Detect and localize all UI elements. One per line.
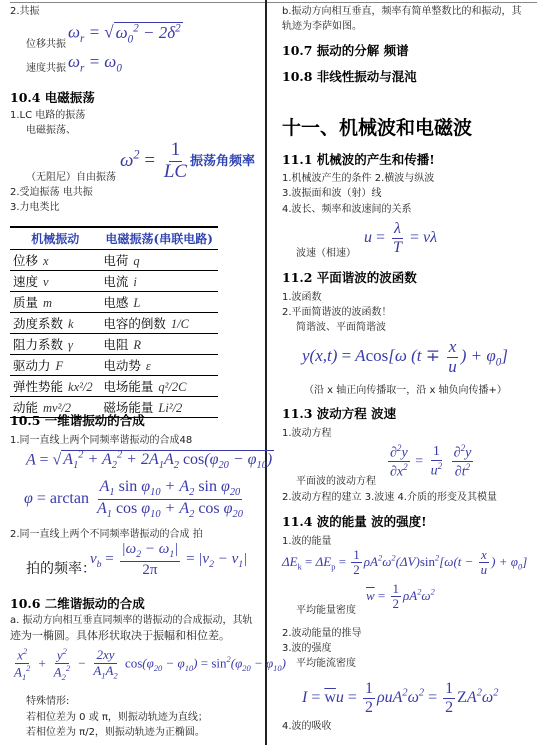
wave-equation-line: 1.波动方程	[282, 427, 332, 440]
section-10-8-title: 10.8 非线性振动与混沌	[282, 67, 417, 85]
em-quantity: 电感	[103, 295, 128, 310]
section-10-4-title: 10.4 电磁振荡	[10, 88, 95, 106]
energy-derivation-line: 2.波动能量的推导	[282, 627, 362, 640]
em-symbol: ε	[146, 359, 151, 373]
velocity-resonance-label: 速度共振	[26, 62, 66, 75]
wave-conditions-line: 1.机械波产生的条件 2.横波与纵波	[282, 172, 434, 185]
intensity-formula: I = wu = 12ρuA2ω2 = 12ZA2ω2	[302, 680, 498, 716]
section-11-3-title: 11.3 波动方程 波速	[282, 404, 396, 422]
beat-frequency-label: 拍的频率：	[26, 558, 96, 578]
em-oscillation-sub: 电磁振荡、	[26, 124, 76, 137]
perpendicular-same-frequency-line1: a. 振动方向相互垂直同频率的谐振动的合成振动，其轨	[10, 614, 253, 627]
section-11-1-title: 11.1 机械波的产生和传播!	[282, 150, 435, 168]
mech-quantity: 劲度系数	[13, 316, 63, 331]
lc-oscillation-item: 1.LC 电路的振荡	[10, 109, 85, 122]
em-symbol: i	[133, 275, 136, 289]
section-11-4-title: 11.4 波的能量 波的强度!	[282, 512, 427, 530]
mech-quantity: 质量	[13, 295, 38, 310]
em-symbol: Li²/2	[158, 401, 182, 415]
chapter-11-title: 十一、机械波和电磁波	[282, 113, 472, 140]
em-quantity: 电动势	[103, 358, 141, 373]
em-symbol: 1/C	[171, 317, 189, 331]
lc-formula-label: 振荡角频率	[190, 150, 255, 169]
displacement-resonance-label: 位移共振	[26, 38, 66, 51]
em-quantity: 电阻	[103, 337, 128, 352]
table-header-em: 电磁振荡(串联电路)	[100, 227, 218, 250]
lissajous-line2: 轨迹为李萨如图。	[282, 20, 362, 33]
lc-frequency-formula: ω2 = 1LC	[120, 140, 191, 183]
mech-quantity: 弹性势能	[13, 379, 63, 394]
same-frequency-item: 1.同一直线上两个同频率谐振动的合成48	[10, 434, 192, 447]
amplitude-formula: A = √A12 + A22 + 2A1A2 cos(φ20 − φ10)	[26, 450, 274, 472]
em-quantity: 电容的倒数	[103, 316, 166, 331]
avg-energy-density-label: 平均能量密度	[296, 604, 356, 617]
mech-quantity: 速度	[13, 274, 38, 289]
mech-symbol: γ	[68, 338, 73, 352]
section-11-2-title: 11.2 平面谐波的波函数	[282, 268, 417, 286]
table-header-mech: 机械振动	[10, 227, 100, 250]
table-row: 驱动力F 电动势ε	[10, 355, 218, 376]
em-symbol: q	[133, 254, 139, 268]
section-10-6-title: 10.6 二维谐振动的合成	[10, 594, 145, 612]
mech-quantity: 驱动力	[13, 358, 51, 373]
table-row: 位移x 电荷q	[10, 250, 218, 271]
mech-symbol: F	[56, 359, 64, 373]
wave-equation-formula: ∂2y∂x2 = 1u2 ∂2y∂t2	[386, 443, 475, 480]
mech-symbol: x	[43, 254, 49, 268]
mech-symbol: k	[68, 317, 74, 331]
mech-em-analogy-table: 机械振动 电磁振荡(串联电路) 位移x 电荷q 速度v 电流i 质量m 电感L …	[10, 226, 218, 418]
phase-speed-label: 波速（相速）	[296, 247, 356, 260]
wave-speed-formula: u = λT = νλ	[364, 220, 437, 256]
special-cases-heading: 特殊情形:	[26, 695, 69, 708]
mech-quantity: 位移	[13, 253, 38, 268]
wave-function-line: 1.波函数	[282, 291, 322, 304]
beat-frequency-formula: νb = |ω2 − ω1|2π = |ν2 − ν1|	[90, 541, 247, 578]
plane-harmonic-wave-line: 2.平面简谐波的波函数！	[282, 306, 392, 319]
em-quantity: 电流	[103, 274, 128, 289]
lissajous-line1: b.振动方向相互垂直，频率有简单整数比的和振动，其	[282, 5, 522, 18]
forced-oscillation-item: 2.受迫振荡 电共振	[10, 186, 93, 199]
mech-symbol: kx²/2	[68, 380, 93, 394]
em-quantity: 电场能量	[103, 379, 153, 394]
wavefront-line: 3.波振面和波（射）线	[282, 187, 382, 200]
avg-energy-density-formula: w = 12ρA2ω2	[366, 582, 435, 612]
analogy-item: 3.力电类比	[10, 201, 60, 214]
special-case-line: 若相位差为 0 或 π，则振动轨迹为直线；	[26, 711, 208, 724]
wave-energy-line: 1.波的能量	[282, 535, 332, 548]
free-oscillation-label: （无阻尼）自由振荡	[26, 171, 116, 184]
perpendicular-same-frequency-line2: 迹为一椭圆。具体形状取决于振幅和相位差。	[10, 629, 230, 642]
table-row: 阻力系数γ 电阻R	[10, 334, 218, 355]
em-symbol: L	[133, 296, 140, 310]
avg-energy-flux-label: 平均能流密度	[296, 657, 356, 670]
table-row: 劲度系数k 电容的倒数1/C	[10, 313, 218, 334]
harmonic-wave-sub: 简谐波、平面简谐波	[296, 321, 386, 334]
wave-equation-derivation-line: 2.波动方程的建立 3.波速 4.介质的形变及其模量	[282, 491, 497, 504]
em-symbol: R	[133, 338, 141, 352]
mech-quantity: 阻力系数	[13, 337, 63, 352]
em-quantity: 电荷	[103, 253, 128, 268]
mech-symbol: m	[43, 296, 52, 310]
table-row: 质量m 电感L	[10, 292, 218, 313]
velocity-resonance-formula: ωr = ω0	[68, 52, 122, 74]
wave-intensity-line: 3.波的强度	[282, 642, 332, 655]
wavelength-relation-line: 4.波长、频率和波速间的关系	[282, 203, 412, 216]
section-10-7-title: 10.7 振动的分解 频谱	[282, 41, 409, 59]
special-case-ellipse: 若相位差为 π/2，则振动轨迹为正椭圆。	[26, 726, 205, 739]
ellipse-formula: x2A12 + y2A22 − 2xyA1A2 cos(φ20 − φ10) =…	[10, 647, 286, 682]
phase-formula: φ = arctan A1 sin φ10 + A2 sin φ20A1 cos…	[24, 478, 247, 520]
table-row: 速度v 电流i	[10, 271, 218, 292]
plane-wave-equation-label: 平面波的波动方程	[296, 475, 376, 488]
em-symbol: q²/2C	[158, 380, 186, 394]
top-rule-left	[10, 2, 265, 3]
column-divider	[265, 0, 267, 745]
different-frequency-item: 2.同一直线上两个不同频率谐振动的合成 拍	[10, 528, 203, 541]
mech-symbol: v	[43, 275, 49, 289]
top-rule-right	[267, 2, 537, 3]
resonance-heading: 2.共振	[10, 5, 40, 18]
table-row: 弹性势能kx²/2 电场能量q²/2C	[10, 376, 218, 397]
wave-function-formula: y(x,t) = Acos[ω (t ∓ xu) + φ0]	[302, 338, 508, 376]
wave-absorption-line: 4.波的吸收	[282, 720, 332, 733]
section-10-5-title: 10.5 一维谐振动的合成	[10, 411, 145, 429]
propagation-direction-note: （沿 x 轴正向传播取一，沿 x 轴负向传播+）	[304, 384, 507, 397]
wave-energy-formula: ΔEk = ΔEp = 12ρA2ω2(ΔV)sin2[ω(t − xu) + …	[282, 548, 527, 578]
displacement-resonance-formula: ωr = √ω02 − 2δ2	[68, 22, 183, 45]
